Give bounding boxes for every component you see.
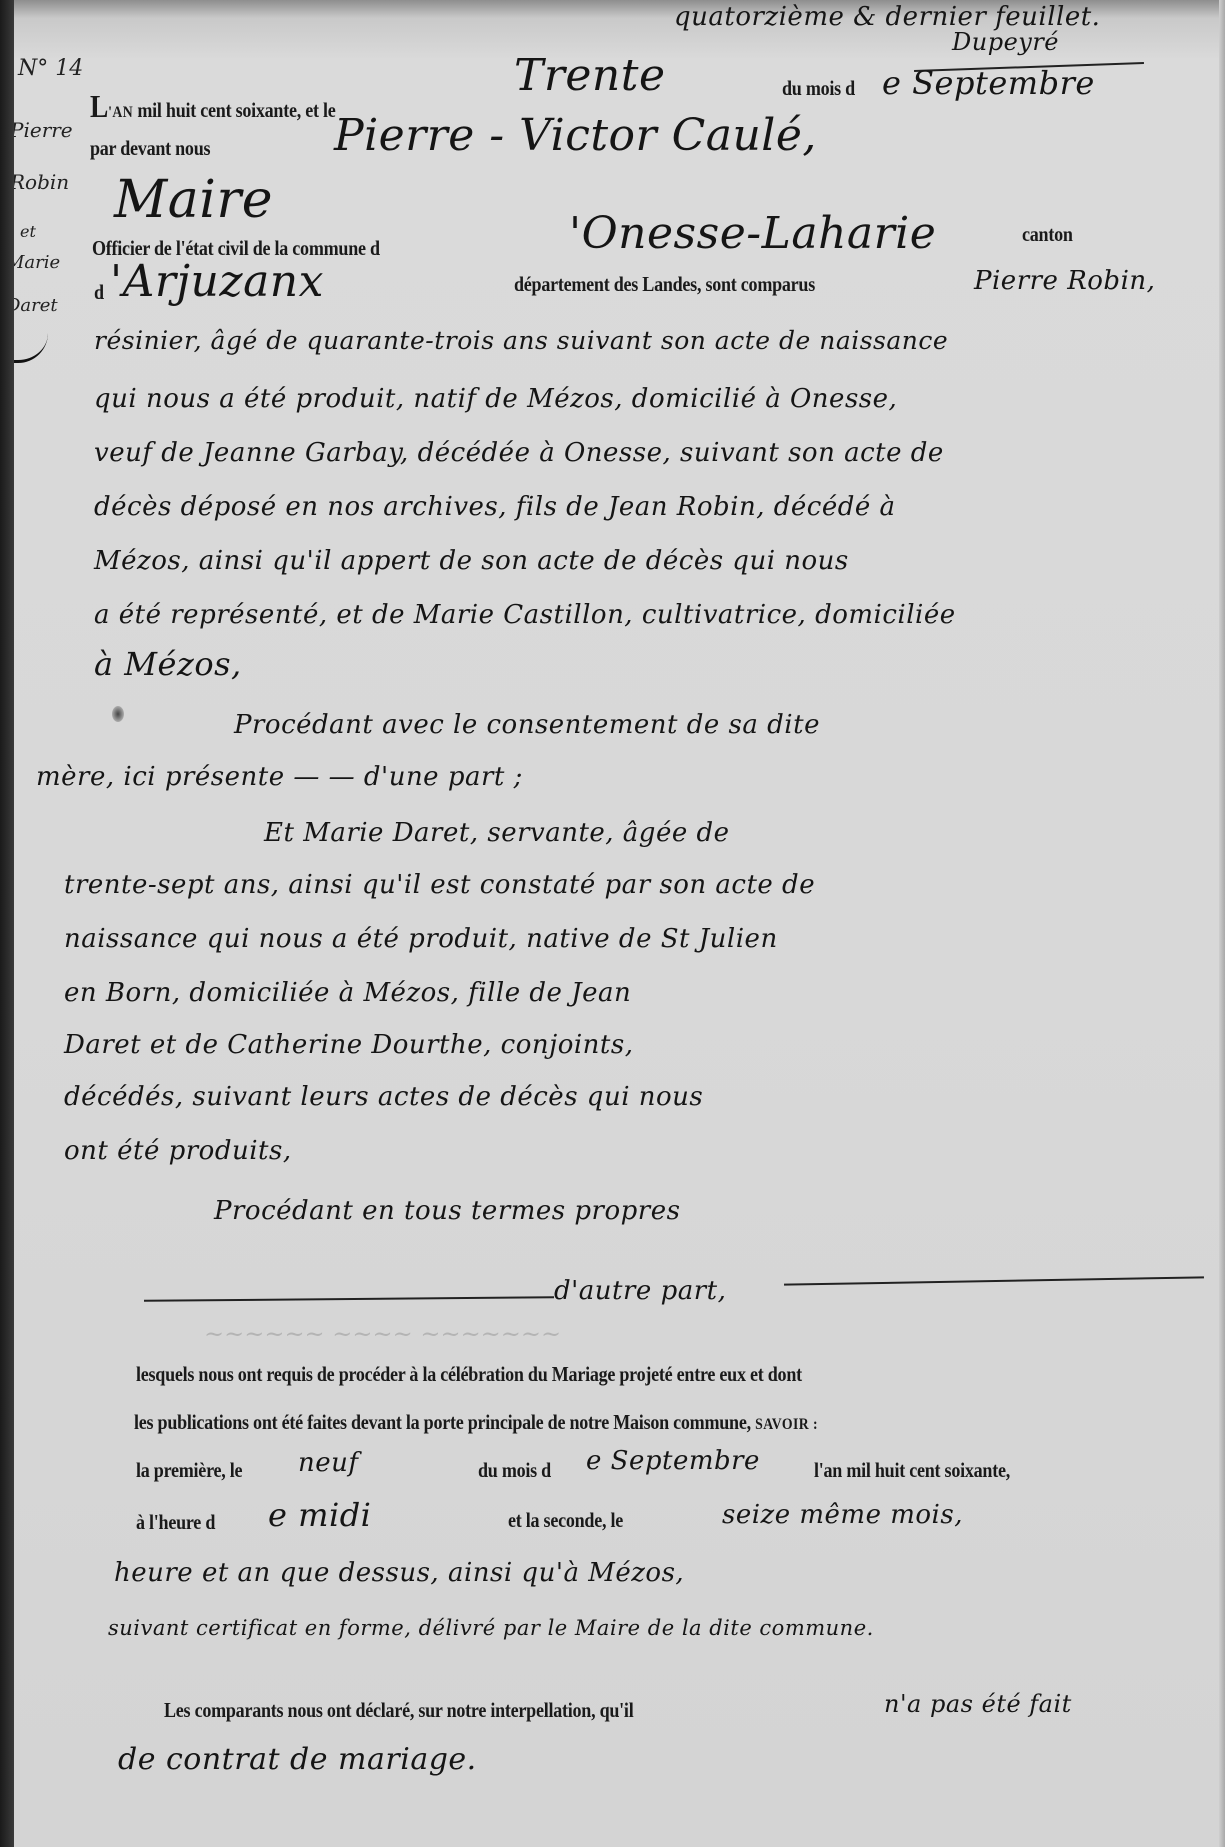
declaration-hand: n'a pas été fait <box>884 1690 1072 1718</box>
second-publication-label: et la seconde, le <box>508 1508 623 1533</box>
declaration-hand-2: de contrat de mariage. <box>118 1742 477 1777</box>
publication-hand-line-2: suivant certificat en forme, délivré par… <box>108 1616 874 1640</box>
register-page: N° 14 Pierre Robin et Marie Daret quator… <box>14 0 1225 1847</box>
marriage-day: Trente <box>514 50 665 101</box>
margin-bracket <box>14 300 48 363</box>
margin-line-1: Pierre <box>14 118 73 142</box>
hour-label: à l'heure d <box>136 1510 215 1535</box>
form-lower-line-2: les publications ont été faites devant l… <box>134 1410 818 1435</box>
first-publication-month: e Septembre <box>586 1446 760 1476</box>
header-signature: Dupeyré <box>952 28 1059 56</box>
body-line-12: naissance qui nous a été produit, native… <box>64 924 778 954</box>
body-line-14: Daret et de Catherine Dourthe, conjoints… <box>64 1030 633 1060</box>
form-line-5-prefix: d <box>94 280 104 305</box>
month-label: du mois d <box>782 76 855 101</box>
marriage-month: e Septembre <box>882 64 1095 102</box>
body-line-8: Procédant avec le consentement de sa dit… <box>234 710 820 740</box>
flourish-line-right <box>784 1276 1204 1285</box>
body-line-9: mère, ici présente — — d'une part ; <box>36 762 523 792</box>
body-line-4: décès déposé en nos archives, fils de Je… <box>94 492 896 522</box>
form-line-1: L'AN mil huit cent soixante, et le <box>90 88 336 125</box>
declaration-label: Les comparants nous ont déclaré, sur not… <box>164 1698 633 1723</box>
officer-title: Maire <box>114 170 273 230</box>
scan-border-left <box>0 0 14 1847</box>
first-publication-month-label: du mois d <box>478 1458 551 1483</box>
body-line-17: Procédant en tous termes propres <box>214 1196 680 1226</box>
body-line-6: a été représenté, et de Marie Castillon,… <box>94 600 956 630</box>
scan-border-right <box>1219 0 1225 1847</box>
canton-label: canton <box>1022 222 1073 247</box>
ink-stain <box>112 706 124 722</box>
form-lower-line-1: lesquels nous ont requis de procéder à l… <box>136 1362 802 1387</box>
margin-line-2: Robin <box>14 170 69 194</box>
officer-name: Pierre - Victor Caulé, <box>334 110 817 161</box>
form-line-2-label: par devant nous <box>90 136 210 161</box>
margin-entry-number: N° 14 <box>18 56 83 81</box>
body-line-13: en Born, domiciliée à Mézos, fille de Je… <box>64 978 631 1008</box>
margin-line-4: Marie <box>14 252 60 273</box>
body-line-2: qui nous a été produit, natif de Mézos, … <box>94 384 897 414</box>
body-line-1: résinier, âgé de quarante-trois ans suiv… <box>94 326 948 355</box>
margin-line-3: et <box>20 222 36 241</box>
body-line-15: décédés, suivant leurs actes de décès qu… <box>64 1082 703 1112</box>
canton-name: 'Arjuzanx <box>110 256 324 307</box>
body-line-5: Mézos, ainsi qu'il appert de son acte de… <box>94 546 849 576</box>
body-line-10: Et Marie Daret, servante, âgée de <box>264 818 730 848</box>
flourish-line-left <box>144 1296 554 1302</box>
publication-hand-line-1: heure et an que dessus, ainsi qu'à Mézos… <box>114 1558 684 1588</box>
second-publication-date: seize même mois, <box>722 1500 963 1530</box>
bleed-through-text: ~~~~~~ ~~~~ ~~~~~~~ <box>204 1320 561 1348</box>
first-publication-day: neuf <box>298 1448 359 1478</box>
body-line-3: veuf de Jeanne Garbay, décédée à Onesse,… <box>94 438 944 468</box>
form-line-5-label: département des Landes, sont comparus <box>514 272 815 297</box>
commune-name: 'Onesse-Laharie <box>569 208 936 259</box>
first-publication-label: la première, le <box>136 1458 242 1483</box>
body-line-7: à Mézos, <box>94 645 242 683</box>
body-line-11: trente-sept ans, ainsi qu'il est constat… <box>64 870 815 900</box>
groom-name: Pierre Robin, <box>974 266 1155 296</box>
body-line-16: ont été produits, <box>64 1136 292 1166</box>
body-line-18: d'autre part, <box>554 1276 726 1306</box>
first-publication-year: l'an mil huit cent soixante, <box>814 1458 1010 1483</box>
hour-value: e midi <box>268 1496 371 1534</box>
